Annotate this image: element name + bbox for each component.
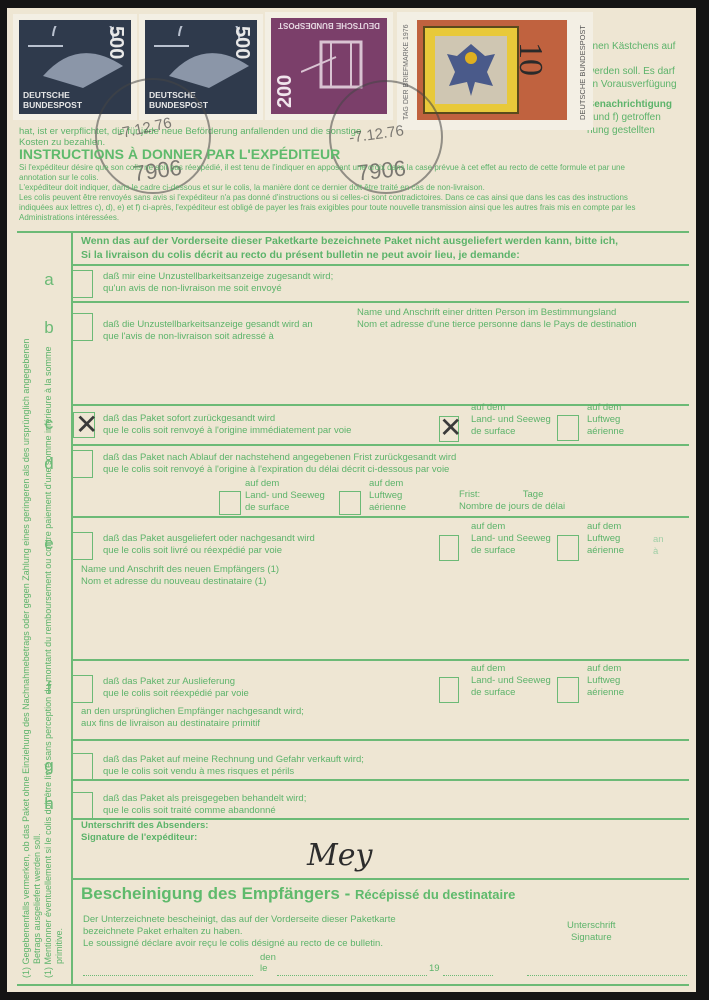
surface-label: auf dem Land- und Seeweg de surface — [471, 402, 551, 438]
option-a-text: daß mir eine Unzustellbarkeitsanzeige zu… — [103, 271, 333, 295]
row-divider — [71, 264, 689, 266]
option-c-text: daß das Paket sofort zurückgesandt wird … — [103, 413, 351, 437]
stamp-value: 500 — [104, 26, 127, 59]
surface-label: auf dem Land- und Seeweg de surface — [471, 663, 551, 699]
year-label: 19 — [429, 963, 440, 975]
receipt-title: Bescheinigung des Empfängers - Récépissé… — [81, 884, 515, 904]
stamp-country: DEUTSCHE BUNDESPOST — [271, 21, 387, 30]
handwritten-x-mark: ✕ — [439, 416, 462, 440]
option-letter: c — [39, 414, 59, 434]
stamp-value: 500 — [230, 26, 253, 59]
stamp-country: DEUTSCHE BUNDESPOST — [578, 20, 587, 120]
recipient-signature-field[interactable] — [527, 974, 687, 976]
option-e-text: daß das Paket ausgeliefert oder nachgesa… — [103, 533, 315, 557]
new-recipient-label: Name und Anschrift des neuen Empfängers … — [81, 564, 279, 588]
option-f-text: daß das Paket zur Auslieferung que le co… — [103, 676, 249, 700]
instruction-line: annotation sur le colis. — [19, 173, 689, 183]
checkbox-e-air[interactable] — [557, 535, 579, 561]
option-letter: a — [39, 270, 59, 290]
third-person-label: Name und Anschrift einer dritten Person … — [357, 307, 637, 331]
fragment-text: en Vorausverfügung — [587, 78, 677, 91]
checkbox-d-surface[interactable] — [219, 491, 241, 515]
row-divider — [71, 516, 689, 518]
checkbox-f[interactable] — [73, 675, 93, 703]
option-letter: g — [39, 756, 59, 776]
footnote-de: (1) Gegebenenfalls vermerken, ob das Pak… — [21, 339, 65, 978]
row-divider — [71, 301, 689, 303]
checkbox-g[interactable] — [73, 753, 93, 781]
row-divider — [71, 659, 689, 661]
handwritten-x-mark: ✕ — [75, 413, 98, 437]
receipt-signature-label: Unterschrift Signature — [567, 920, 616, 944]
instruction-line: Si l'expéditeur désire que son colis ne … — [19, 163, 689, 173]
option-f-subtext: an den ursprünglichen Empfänger nachgesa… — [81, 706, 304, 730]
option-letter: b — [39, 318, 59, 338]
air-label: auf dem Luftweg aérienne — [587, 663, 624, 699]
instructions-title: INSTRUCTIONS À DONNER PAR L'EXPÉDITEUR — [19, 146, 340, 162]
option-d-text: daß das Paket nach Ablauf der nachstehen… — [103, 452, 456, 476]
le-label: le — [260, 963, 267, 975]
air-label: auf dem Luftweg aérienne — [587, 521, 624, 557]
fragment-text: ) und f) getroffen — [587, 111, 661, 124]
checkbox-f-surface[interactable] — [439, 677, 459, 703]
fragment-text: werden soll. Es darf — [587, 65, 675, 78]
an-label: an à — [653, 534, 664, 558]
sender-signature[interactable]: Mey — [307, 838, 372, 873]
air-label: auf dem Luftweg aérienne — [369, 478, 406, 514]
checkbox-c-air[interactable] — [557, 415, 579, 441]
checkbox-d[interactable] — [73, 450, 93, 478]
parcel-card-back: enen Kästchens auf werden soll. Es darf … — [7, 8, 696, 992]
option-letter: d — [39, 454, 59, 474]
eagle-icon — [435, 36, 507, 104]
row-divider — [71, 878, 689, 880]
row-divider — [71, 779, 689, 781]
air-label: auf dem Luftweg aérienne — [587, 402, 624, 438]
checkbox-e[interactable] — [73, 532, 93, 560]
receipt-body: Der Unterzeichnete bescheinigt, das auf … — [83, 914, 396, 950]
checkbox-e-surface[interactable] — [439, 535, 459, 561]
frame-top-line — [17, 231, 689, 233]
option-h-text: daß das Paket als preisgegeben behandelt… — [103, 793, 306, 817]
sender-signature-label: Unterschrift des Absenders: Signature de… — [81, 820, 208, 844]
checkbox-b[interactable] — [73, 313, 93, 341]
option-letter: h — [39, 794, 59, 814]
tage-field[interactable]: Tage — [523, 489, 544, 500]
instructions-body: Si l'expéditeur désire que son colis ne … — [19, 163, 689, 223]
date-field[interactable] — [277, 974, 427, 976]
instruction-line: indiquées aux lettres c), d), e) et f) c… — [19, 203, 689, 213]
option-g-text: daß das Paket auf meine Rechnung und Gef… — [103, 754, 364, 778]
fragment-text: nung gestellten — [587, 124, 655, 137]
frame-divider — [71, 231, 73, 985]
checkbox-f-air[interactable] — [557, 677, 579, 703]
form-header: Wenn das auf der Vorderseite dieser Pake… — [81, 234, 618, 262]
checkbox-h[interactable] — [73, 792, 93, 820]
option-letter: e — [39, 534, 59, 554]
option-b-text: daß die Unzustellbarkeitsanzeige gesandt… — [103, 319, 313, 343]
row-divider — [71, 739, 689, 741]
frist-label: Frist: Tage Nombre de jours de délai — [459, 489, 565, 513]
surface-label: auf dem Land- und Seeweg de surface — [471, 521, 551, 557]
fragment-text: Benachrichtigung — [587, 98, 672, 111]
instruction-line: Les colis peuvent être renvoyés sans avi… — [19, 193, 689, 203]
stamp-value: 200 — [274, 75, 297, 108]
surface-label: auf dem Land- und Seeweg de surface — [245, 478, 325, 514]
option-letter: f — [39, 678, 59, 698]
stamp-value: 10 — [511, 42, 549, 76]
row-divider — [71, 444, 689, 446]
place-field[interactable] — [83, 974, 253, 976]
fragment-text: enen Kästchens auf — [587, 40, 675, 53]
checkbox-a[interactable] — [73, 270, 93, 298]
instruction-line: L'expéditeur doit indiquer, dans le cadr… — [19, 183, 689, 193]
year-field[interactable] — [443, 974, 493, 976]
checkbox-d-air[interactable] — [339, 491, 361, 515]
instruction-line: Administrations intéressées. — [19, 213, 689, 223]
frame-bottom-line — [17, 984, 689, 986]
